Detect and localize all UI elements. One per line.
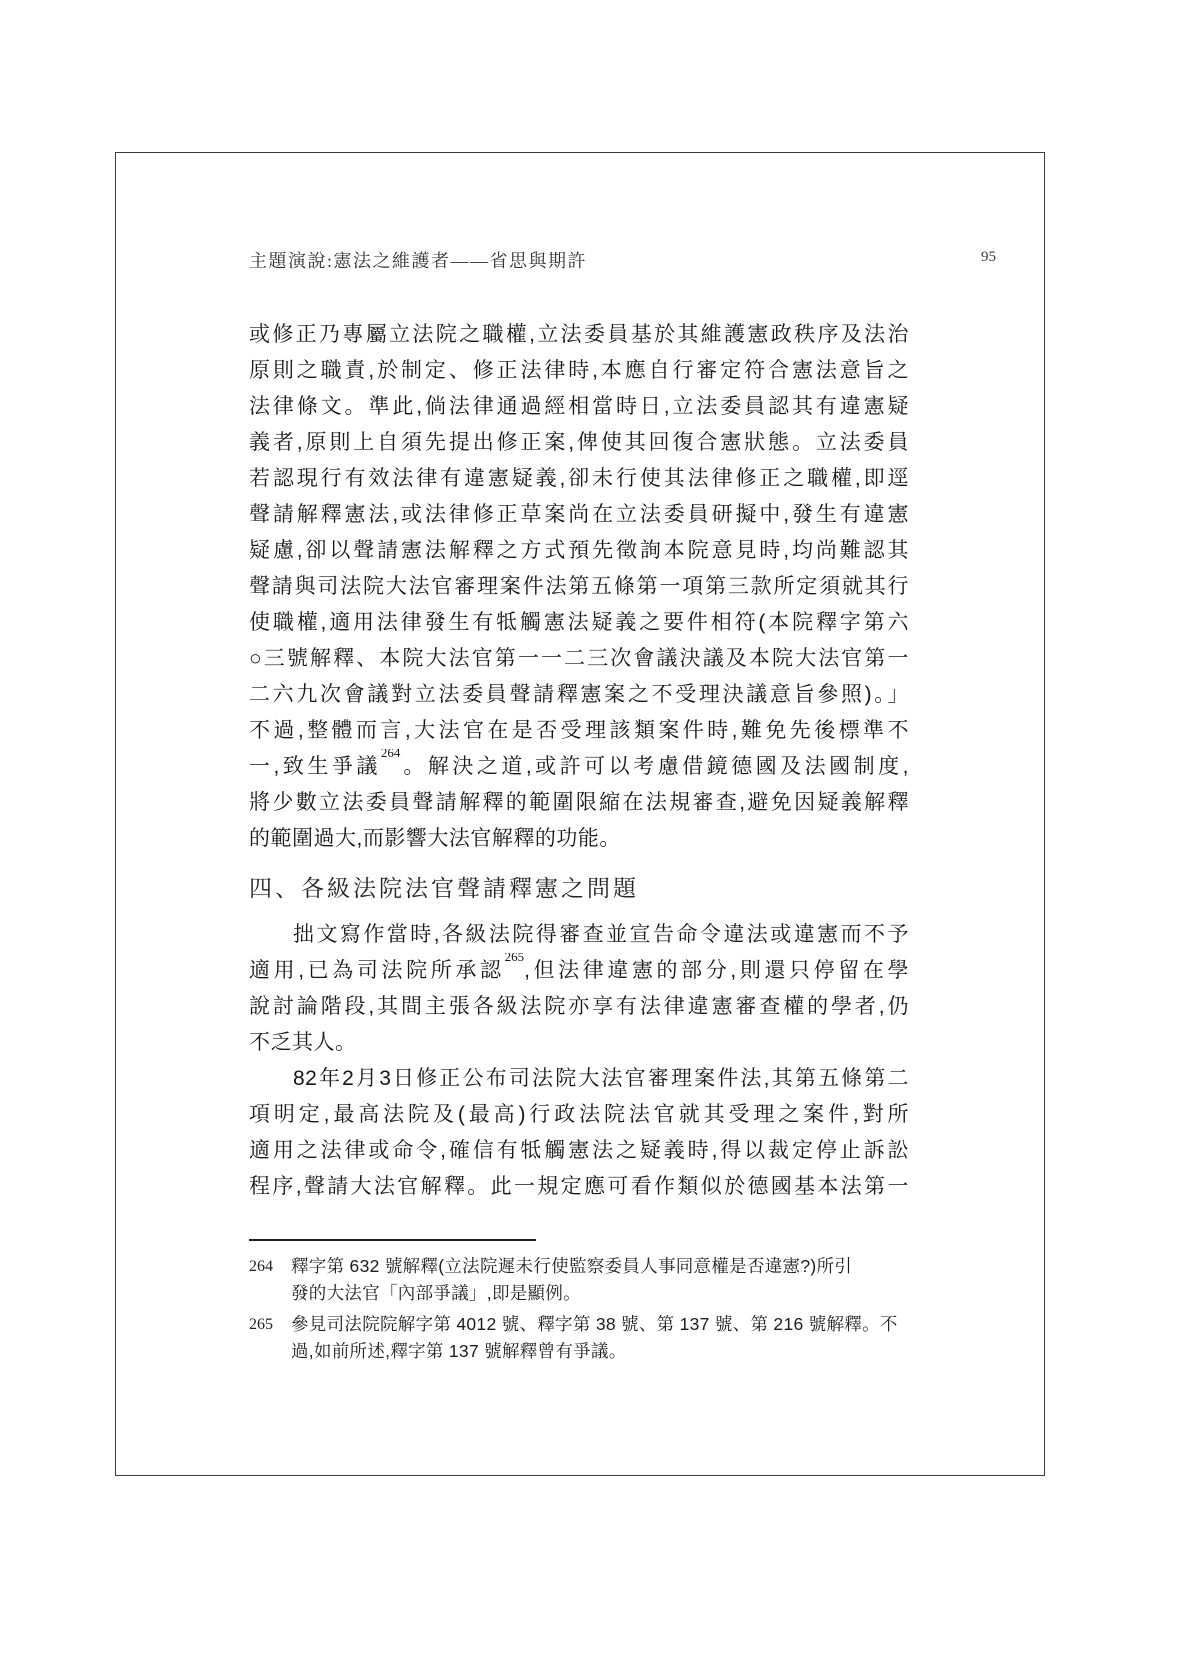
body-line: 二六九次會議對立法委員聲請釋憲案之不受理決議意旨參照)。」 [249,677,909,713]
footnote-number: 265 [249,1311,291,1338]
body-line: 原則之職責,於制定、修正法律時,本應自行審定符合憲法意旨之 [249,353,909,389]
running-header-title: 主題演說:憲法之維護者——省思與期許 [249,251,587,271]
running-header: 主題演說:憲法之維護者——省思與期許 95 [249,247,989,273]
body-line: 聲請與司法院大法官審理案件法第五條第一項第三款所定須就其行 [249,569,909,605]
footnote-number: 264 [249,1253,291,1280]
footnote-text: 參見司法院院解字第 4012 號、釋字第 38 號、第 137 號、第 216 … [291,1311,909,1365]
body-line: 聲請解釋憲法,或法律修正草案尚在立法委員研擬中,發生有違憲 [249,497,909,533]
body-line: 82年2月3日修正公布司法院大法官審理案件法,其第五條第二 [249,1061,909,1097]
body-line: 不過,整體而言,大法官在是否受理該類案件時,難免先後標準不 [249,713,909,749]
body-line: 一,致生爭議264。解決之道,或許可以考慮借鏡德國及法國制度, [249,749,909,785]
footnote-text-line: 釋字第 632 號解釋(立法院遲未行使監察委員人事同意權是否違憲?)所引 [291,1253,909,1280]
body-line-segment: 適用,已為司法院所承認 [249,959,505,982]
body-line: 將少數立法委員聲請解釋的範圍限縮在法規審查,避免因疑義解釋 [249,785,909,821]
body-line: 項明定,最高法院及(最高)行政法院法官就其受理之案件,對所 [249,1097,909,1133]
footnote: 265 參見司法院院解字第 4012 號、釋字第 38 號、第 137 號、第 … [249,1311,909,1365]
body-line: 不乏其人。 [249,1025,909,1061]
footnote-ref-265: 265 [505,953,525,964]
body-line: 使職權,適用法律發生有牴觸憲法疑義之要件相符(本院釋字第六 [249,605,909,641]
page-number: 95 [981,249,996,266]
body-text: 或修正乃專屬立法院之職權,立法委員基於其維護憲政秩序及法治 原則之職責,於制定、… [249,317,909,1365]
body-line-segment: ,但法律違憲的部分,則還只停留在學 [524,959,909,982]
body-line: 義者,原則上自須先提出修正案,俾使其回復合憲狀態。立法委員 [249,425,909,461]
body-line: 或修正乃專屬立法院之職權,立法委員基於其維護憲政秩序及法治 [249,317,909,353]
body-line: 程序,聲請大法官解釋。此一規定應可看作類似於德國基本法第一 [249,1169,909,1205]
footnote: 264 釋字第 632 號解釋(立法院遲未行使監察委員人事同意權是否違憲?)所引… [249,1253,909,1307]
body-line: 適用之法律或命令,確信有牴觸憲法之疑義時,得以裁定停止訴訟 [249,1133,909,1169]
body-line-segment: 。解決之道,或許可以考慮借鏡德國及法國制度, [400,755,909,778]
footnote-text-line: 過,如前所述,釋字第 137 號解釋曾有爭議。 [291,1338,909,1365]
body-line-segment: 一,致生爭議 [249,755,381,778]
body-line: ○三號解釋、本院大法官第一一二三次會議決議及本院大法官第一 [249,641,909,677]
body-line: 的範圍過大,而影響大法官解釋的功能。 [249,821,909,857]
footnote-text-line: 發的大法官「內部爭議」,即是顯例。 [291,1280,909,1307]
footnotes-block: 264 釋字第 632 號解釋(立法院遲未行使監察委員人事同意權是否違憲?)所引… [249,1253,909,1365]
footnote-separator [249,1239,536,1241]
body-line: 說討論階段,其間主張各級法院亦享有法律違憲審查權的學者,仍 [249,989,909,1025]
page-border: 主題演說:憲法之維護者——省思與期許 95 或修正乃專屬立法院之職權,立法委員基… [115,152,1045,1476]
body-line: 若認現行有效法律有違憲疑義,卻未行使其法律修正之職權,即逕 [249,461,909,497]
body-line: 適用,已為司法院所承認265,但法律違憲的部分,則還只停留在學 [249,953,909,989]
footnote-text-line: 參見司法院院解字第 4012 號、釋字第 38 號、第 137 號、第 216 … [291,1311,909,1338]
footnote-text: 釋字第 632 號解釋(立法院遲未行使監察委員人事同意權是否違憲?)所引 發的大… [291,1253,909,1307]
body-line: 拙文寫作當時,各級法院得審查並宣告命令違法或違憲而不予 [249,917,909,953]
body-line: 法律條文。準此,倘法律通過經相當時日,立法委員認其有違憲疑 [249,389,909,425]
footnote-ref-264: 264 [381,749,401,760]
body-line: 疑慮,卻以聲請憲法解釋之方式預先徵詢本院意見時,均尚難認其 [249,533,909,569]
section-heading: 四、各級法院法官聲請釋憲之問題 [249,869,909,909]
